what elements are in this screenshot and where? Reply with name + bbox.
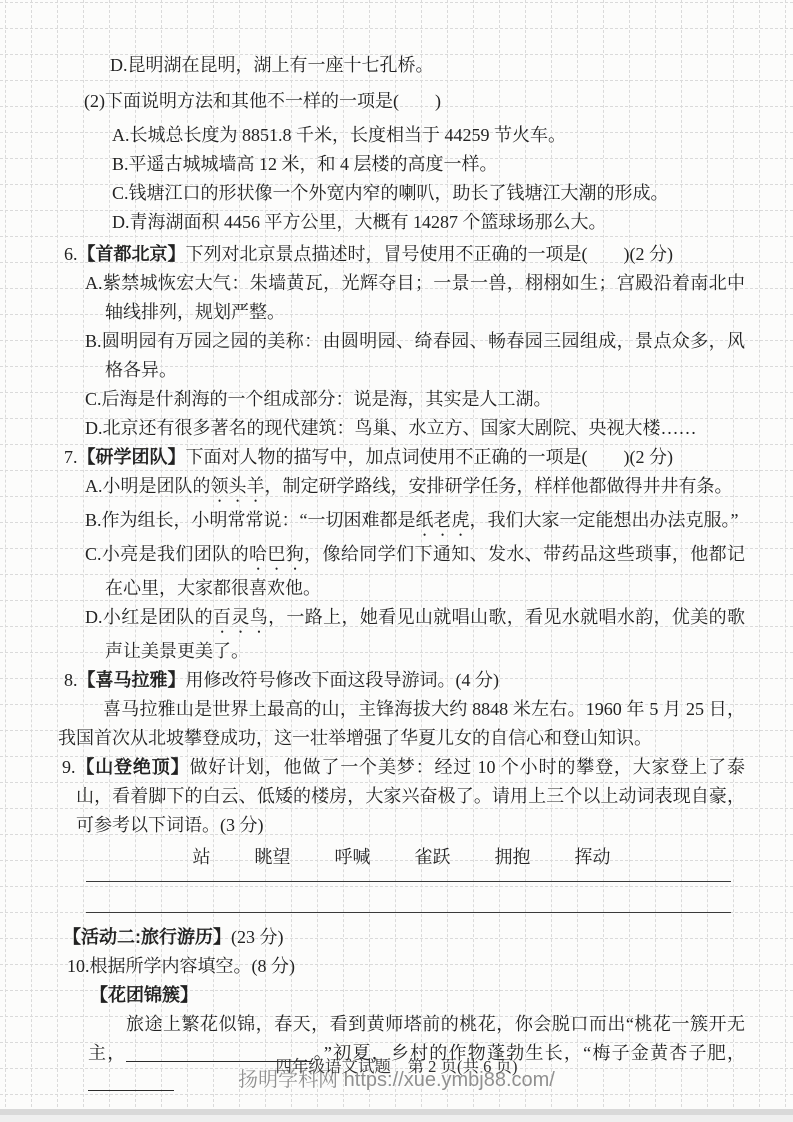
q5-sub2-stem: (2)下面说明方法和其他不一样的一项是( ) bbox=[84, 87, 745, 116]
question-6-option-a: A.紫禁城恢宏大气：朱墙黄瓦，光辉夺目；一景一兽，栩栩如生；宫殿沿着南北中轴线排… bbox=[85, 269, 745, 327]
question-6-option-d: D.北京还有很多著名的现代建筑：鸟巢、水立方、国家大剧院、央视大楼…… bbox=[85, 414, 745, 443]
answer-line bbox=[86, 912, 731, 913]
question-6-stem: 6.【首都北京】下列对北京景点描述时，冒号使用不正确的一项是( )(2 分) bbox=[64, 240, 745, 269]
question-6-stem-text: 下列对北京景点描述时，冒号使用不正确的一项是( )(2 分) bbox=[186, 244, 673, 264]
word-item: 站 bbox=[193, 843, 211, 872]
question-7-number: 7. bbox=[64, 447, 78, 467]
answer-line bbox=[86, 881, 731, 882]
option-text: B.作为组长，小明常常说：“一切困难都是 bbox=[85, 510, 416, 530]
exam-paper-page: D.昆明湖在昆明，湖上有一座十七孔桥。 (2)下面说明方法和其他不一样的一项是(… bbox=[0, 0, 793, 1122]
question-9-stem: 9.【山登绝顶】做好计划，他做了一个美梦：经过 10 个小时的攀登，大家登上了泰… bbox=[62, 753, 745, 840]
question-10-stem: 10.根据所学内容填空。(8 分) bbox=[67, 952, 745, 981]
question-6-number: 6. bbox=[64, 244, 78, 264]
section-2-header: 【活动二:旅行游历】(23 分) bbox=[63, 923, 745, 952]
option-text: C.小亮是我们团队的 bbox=[85, 544, 249, 564]
q5-sub2-option-b: B.平遥古城城墙高 12 米，和 4 层楼的高度一样。 bbox=[112, 150, 745, 179]
question-9: 9.【山登绝顶】做好计划，他做了一个美梦：经过 10 个小时的攀登，大家登上了泰… bbox=[58, 753, 745, 913]
word-item: 拥抱 bbox=[495, 843, 531, 872]
word-item: 呼喊 bbox=[335, 843, 371, 872]
question-7: 7.【研学团队】下面对人物的描写中，加点词使用不正确的一项是( )(2 分) A… bbox=[58, 443, 745, 666]
question-7-tag: 【研学团队】 bbox=[78, 447, 186, 467]
question-7-option-d: D.小红是团队的百灵鸟，一路上，她看见山就唱山歌，看见水就唱水韵，优美的歌声让美… bbox=[85, 603, 745, 666]
section-2-score: (23 分) bbox=[231, 927, 284, 947]
q5-option-d: D.昆明湖在昆明，湖上有一座十七孔桥。 bbox=[110, 51, 745, 80]
question-6-tag: 【首都北京】 bbox=[78, 244, 186, 264]
question-7-option-c: C.小亮是我们团队的哈巴狗，像给同学们下通知、发水、带药品这些琐事，他都记在心里… bbox=[85, 540, 745, 603]
q5-sub2-option-c: C.钱塘江口的形状像一个外宽内窄的喇叭，助长了钱塘江大潮的形成。 bbox=[112, 179, 745, 208]
question-6-option-b: B.圆明园有万园之园的美称：由圆明园、绮春园、畅春园三园组成，景点众多，风格各异… bbox=[85, 327, 745, 385]
question-7-option-b: B.作为组长，小明常常说：“一切困难都是纸老虎，我们大家一定能想出办法克服。” bbox=[85, 506, 745, 540]
question-8-passage: 喜马拉雅山是世界上最高的山，主锋海拔大约 8848 米左右。1960 年 5 月… bbox=[58, 695, 745, 753]
question-6: 6.【首都北京】下列对北京景点描述时，冒号使用不正确的一项是( )(2 分) A… bbox=[58, 240, 745, 443]
word-item: 挥动 bbox=[575, 843, 611, 872]
emphasized-word: 哈巴狗 bbox=[249, 544, 304, 564]
word-item: 雀跃 bbox=[415, 843, 451, 872]
question-7-stem: 7.【研学团队】下面对人物的描写中，加点词使用不正确的一项是( )(2 分) bbox=[64, 443, 745, 472]
question-7-option-a: A.小明是团队的领头羊，制定研学路线，安排研学任务，样样他都做得井井有条。 bbox=[85, 472, 745, 506]
option-text: A.小明是团队的 bbox=[85, 476, 211, 496]
section-2-tag: 【活动二:旅行游历】 bbox=[63, 927, 231, 947]
emphasized-word: 百灵鸟 bbox=[213, 607, 268, 627]
page-content: D.昆明湖在昆明，湖上有一座十七孔桥。 (2)下面说明方法和其他不一样的一项是(… bbox=[0, 0, 793, 1122]
page-footer: 四年级语文试题 第 2 页(共 6 页) bbox=[0, 1057, 793, 1077]
q5-sub2-option-d: D.青海湖面积 4456 平方公里，大概有 14287 个篮球场那么大。 bbox=[112, 208, 745, 237]
option-text: ，我们大家一定能想出办法克服。” bbox=[470, 510, 739, 530]
question-9-number: 9. bbox=[62, 757, 76, 777]
option-text: D.小红是团队的 bbox=[85, 607, 213, 627]
question-7-stem-text: 下面对人物的描写中，加点词使用不正确的一项是( )(2 分) bbox=[186, 447, 673, 467]
question-10-subsection-tag: 【花团锦簇】 bbox=[90, 981, 745, 1010]
q5-sub2-option-a: A.长城总长度为 8851.8 千米，长度相当于 44259 节火车。 bbox=[112, 121, 745, 150]
emphasized-word: 纸老虎 bbox=[416, 510, 470, 530]
question-8-stem-text: 用修改符号修改下面这段导游词。(4 分) bbox=[186, 670, 500, 690]
word-item: 眺望 bbox=[255, 843, 291, 872]
question-9-tag: 【山登绝顶】 bbox=[76, 757, 190, 777]
question-9-word-list: 站 眺望 呼喊 雀跃 拥抱 挥动 bbox=[58, 843, 745, 872]
q5-sub2-options: A.长城总长度为 8851.8 千米，长度相当于 44259 节火车。 B.平遥… bbox=[58, 121, 745, 237]
question-8: 8.【喜马拉雅】用修改符号修改下面这段导游词。(4 分) 喜马拉雅山是世界上最高… bbox=[58, 666, 745, 753]
question-8-tag: 【喜马拉雅】 bbox=[78, 670, 186, 690]
question-8-stem: 8.【喜马拉雅】用修改符号修改下面这段导游词。(4 分) bbox=[64, 666, 745, 695]
option-text: ，制定研学路线，安排研学任务，样样他都做得井井有条。 bbox=[265, 476, 733, 496]
question-8-number: 8. bbox=[64, 670, 78, 690]
emphasized-word: 领头羊 bbox=[211, 476, 265, 496]
question-6-option-c: C.后海是什刹海的一个组成部分：说是海，其实是人工湖。 bbox=[85, 385, 745, 414]
